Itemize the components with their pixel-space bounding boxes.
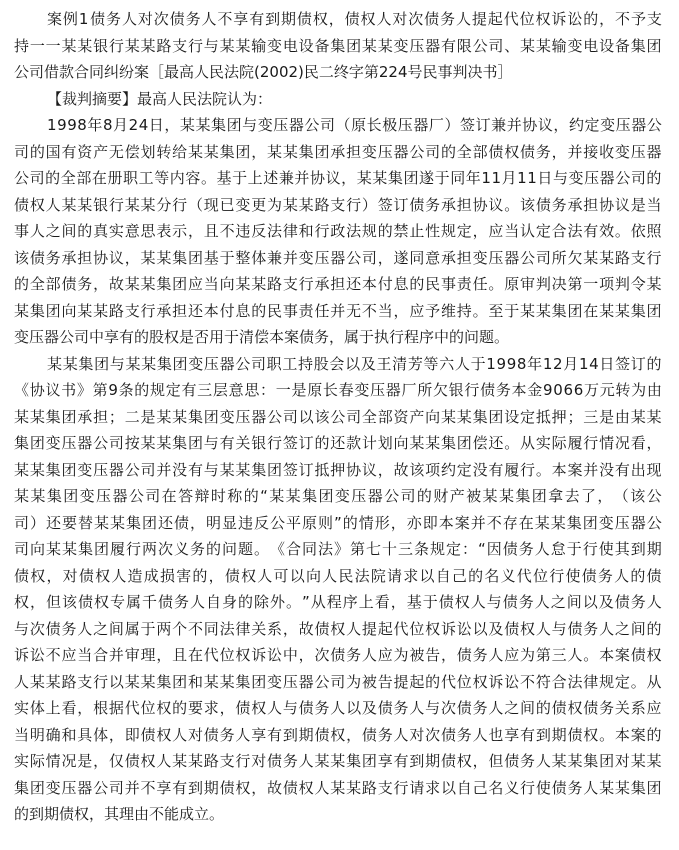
document-page: 案例1 债务人对次债务人不享有到期债权，债权人对次债务人提起代位权诉讼的，不予支… xyxy=(0,0,679,850)
paragraph-2-line: 某某集团与某某集团变压器公司职工持股会以及王清芳等六人于1998年12月14日签… xyxy=(47,354,662,374)
paragraph-2-line: 诉讼不应当合并审理，且在代位权诉讼中，次债务人应为被告，债务人应为第三人。本案债… xyxy=(14,645,662,665)
paragraph-2-line: 某某集团变压器公司在答辩时称的“某某集团变压器公司的财产被某某集团拿去了，（该公 xyxy=(14,486,662,506)
paragraph-2-line: 司向某某集团履行两次义务的问题。《合同法》第七十三条规定：“因债务人怠于行使其到… xyxy=(14,539,662,559)
paragraph-2-line: 集团变压器公司按某某集团与有关银行签订的还款计划向某某集团偿还。从实际履行情况看… xyxy=(14,433,662,453)
paragraph-2-line: 某某集团承担；二是某某集团变压器公司以该公司全部资产向某某集团设定抵押；三是由某… xyxy=(14,407,662,427)
case-title-line: 公司借款合同纠纷案［最高人民法院(2002)民二终字第224号民事判决书］ xyxy=(14,62,662,82)
paragraph-2-line: 某某集团变压器公司并没有与某某集团签订抵押协议，故该项约定没有履行。本案并没有出… xyxy=(14,460,662,480)
paragraph-1-line: 1998年8月24日，某某集团与变压器公司（原长极压器厂）签订兼并协议，约定变压… xyxy=(47,115,662,135)
paragraph-2-line: 司）还要替某某集团还债，明显违反公平原则”的情形，亦即本案并不存在某某集团变压器… xyxy=(14,513,662,533)
paragraph-2-line: 当明确和具体，即债权人对债务人享有到期债权，债务人对次债务人也享有到期债权。本案… xyxy=(14,725,662,745)
case-title-line: 案例1 债务人对次债务人不享有到期债权，债权人对次债务人提起代位权诉讼的，不予支 xyxy=(47,9,662,29)
paragraph-1-line: 该债务承担协议，某某集团基于整体兼并变压器公司，遂同意承担变压器公司所欠某某路支… xyxy=(14,248,662,268)
paragraph-1-line: 某集团向某某路支行承担还本付息的民事责任并无不当，应予维持。至于某某集团在某某集… xyxy=(14,301,662,321)
case-title-line: 持一一某某银行某某路支行与某某输变电设备集团某某变压器有限公司、某某输变电设备集… xyxy=(14,36,662,56)
paragraph-2-line: 债权，对债权人造成损害的，债权人可以向人民法院请求以自己的名义代位行使债务人的债 xyxy=(14,566,662,586)
paragraph-2-line: 实体上看，根据代位权的要求，债权人与债务人以及债务人与次债务人之间的债权债务关系… xyxy=(14,698,662,718)
paragraph-2-line: 《协议书》第9条的规定有三层意思：一是原长春变压器厂所欠银行债务本金9066万元… xyxy=(14,380,662,400)
paragraph-1-line: 的全部债务，故某某集团应当向某某路支行承担还本付息的民事责任。原审判决第一项判令… xyxy=(14,274,662,294)
paragraph-1-line: 债权人某某银行某某分行（现已变更为某某路支行）签订债务承担协议。该债务承担协议是… xyxy=(14,195,662,215)
paragraph-1-line: 司的国有资产无偿划转给某某集团，某某集团承担变压器公司的全部债权债务，并接收变压… xyxy=(14,142,662,162)
paragraph-2-line: 人某某路支行以某某集团和某某集团变压器公司为被告提起的代位权诉讼不符合法律规定。… xyxy=(14,672,662,692)
paragraph-2-line: 与次债务人之间属于两个不同法律关系，故债权人提起代位权诉讼以及债权人与债务人之间… xyxy=(14,619,662,639)
paragraph-2-line: 的到期债权，其理由不能成立。 xyxy=(14,804,662,824)
paragraph-1-line: 变压器公司中享有的股权是否用于清偿本案债务，属于执行程序中的问题。 xyxy=(14,327,662,347)
paragraph-2-line: 集团变压器公司并不享有到期债权，故债权人某某路支行请求以自己名义行使债务人某某集… xyxy=(14,778,662,798)
paragraph-1-line: 事人之间的真实意思表示，且不违反法律和行政法规的禁止性规定，应当认定合法有效。依… xyxy=(14,221,662,241)
judgment-summary-heading: 【裁判摘要】最高人民法院认为： xyxy=(47,89,662,109)
paragraph-1-line: 公司的全部在册职工等内容。基于上述兼并协议，某某集团遂于同年11月11日与变压器… xyxy=(14,168,662,188)
paragraph-2-line: 权，但该债权专属千债务人自身的除外。”从程序上看，基于债权人与债务人之间以及债务… xyxy=(14,592,662,612)
paragraph-2-line: 实际情况是，仅债权人某某路支行对债务人某某集团享有到期债权，但债务人某某集团对某… xyxy=(14,751,662,771)
